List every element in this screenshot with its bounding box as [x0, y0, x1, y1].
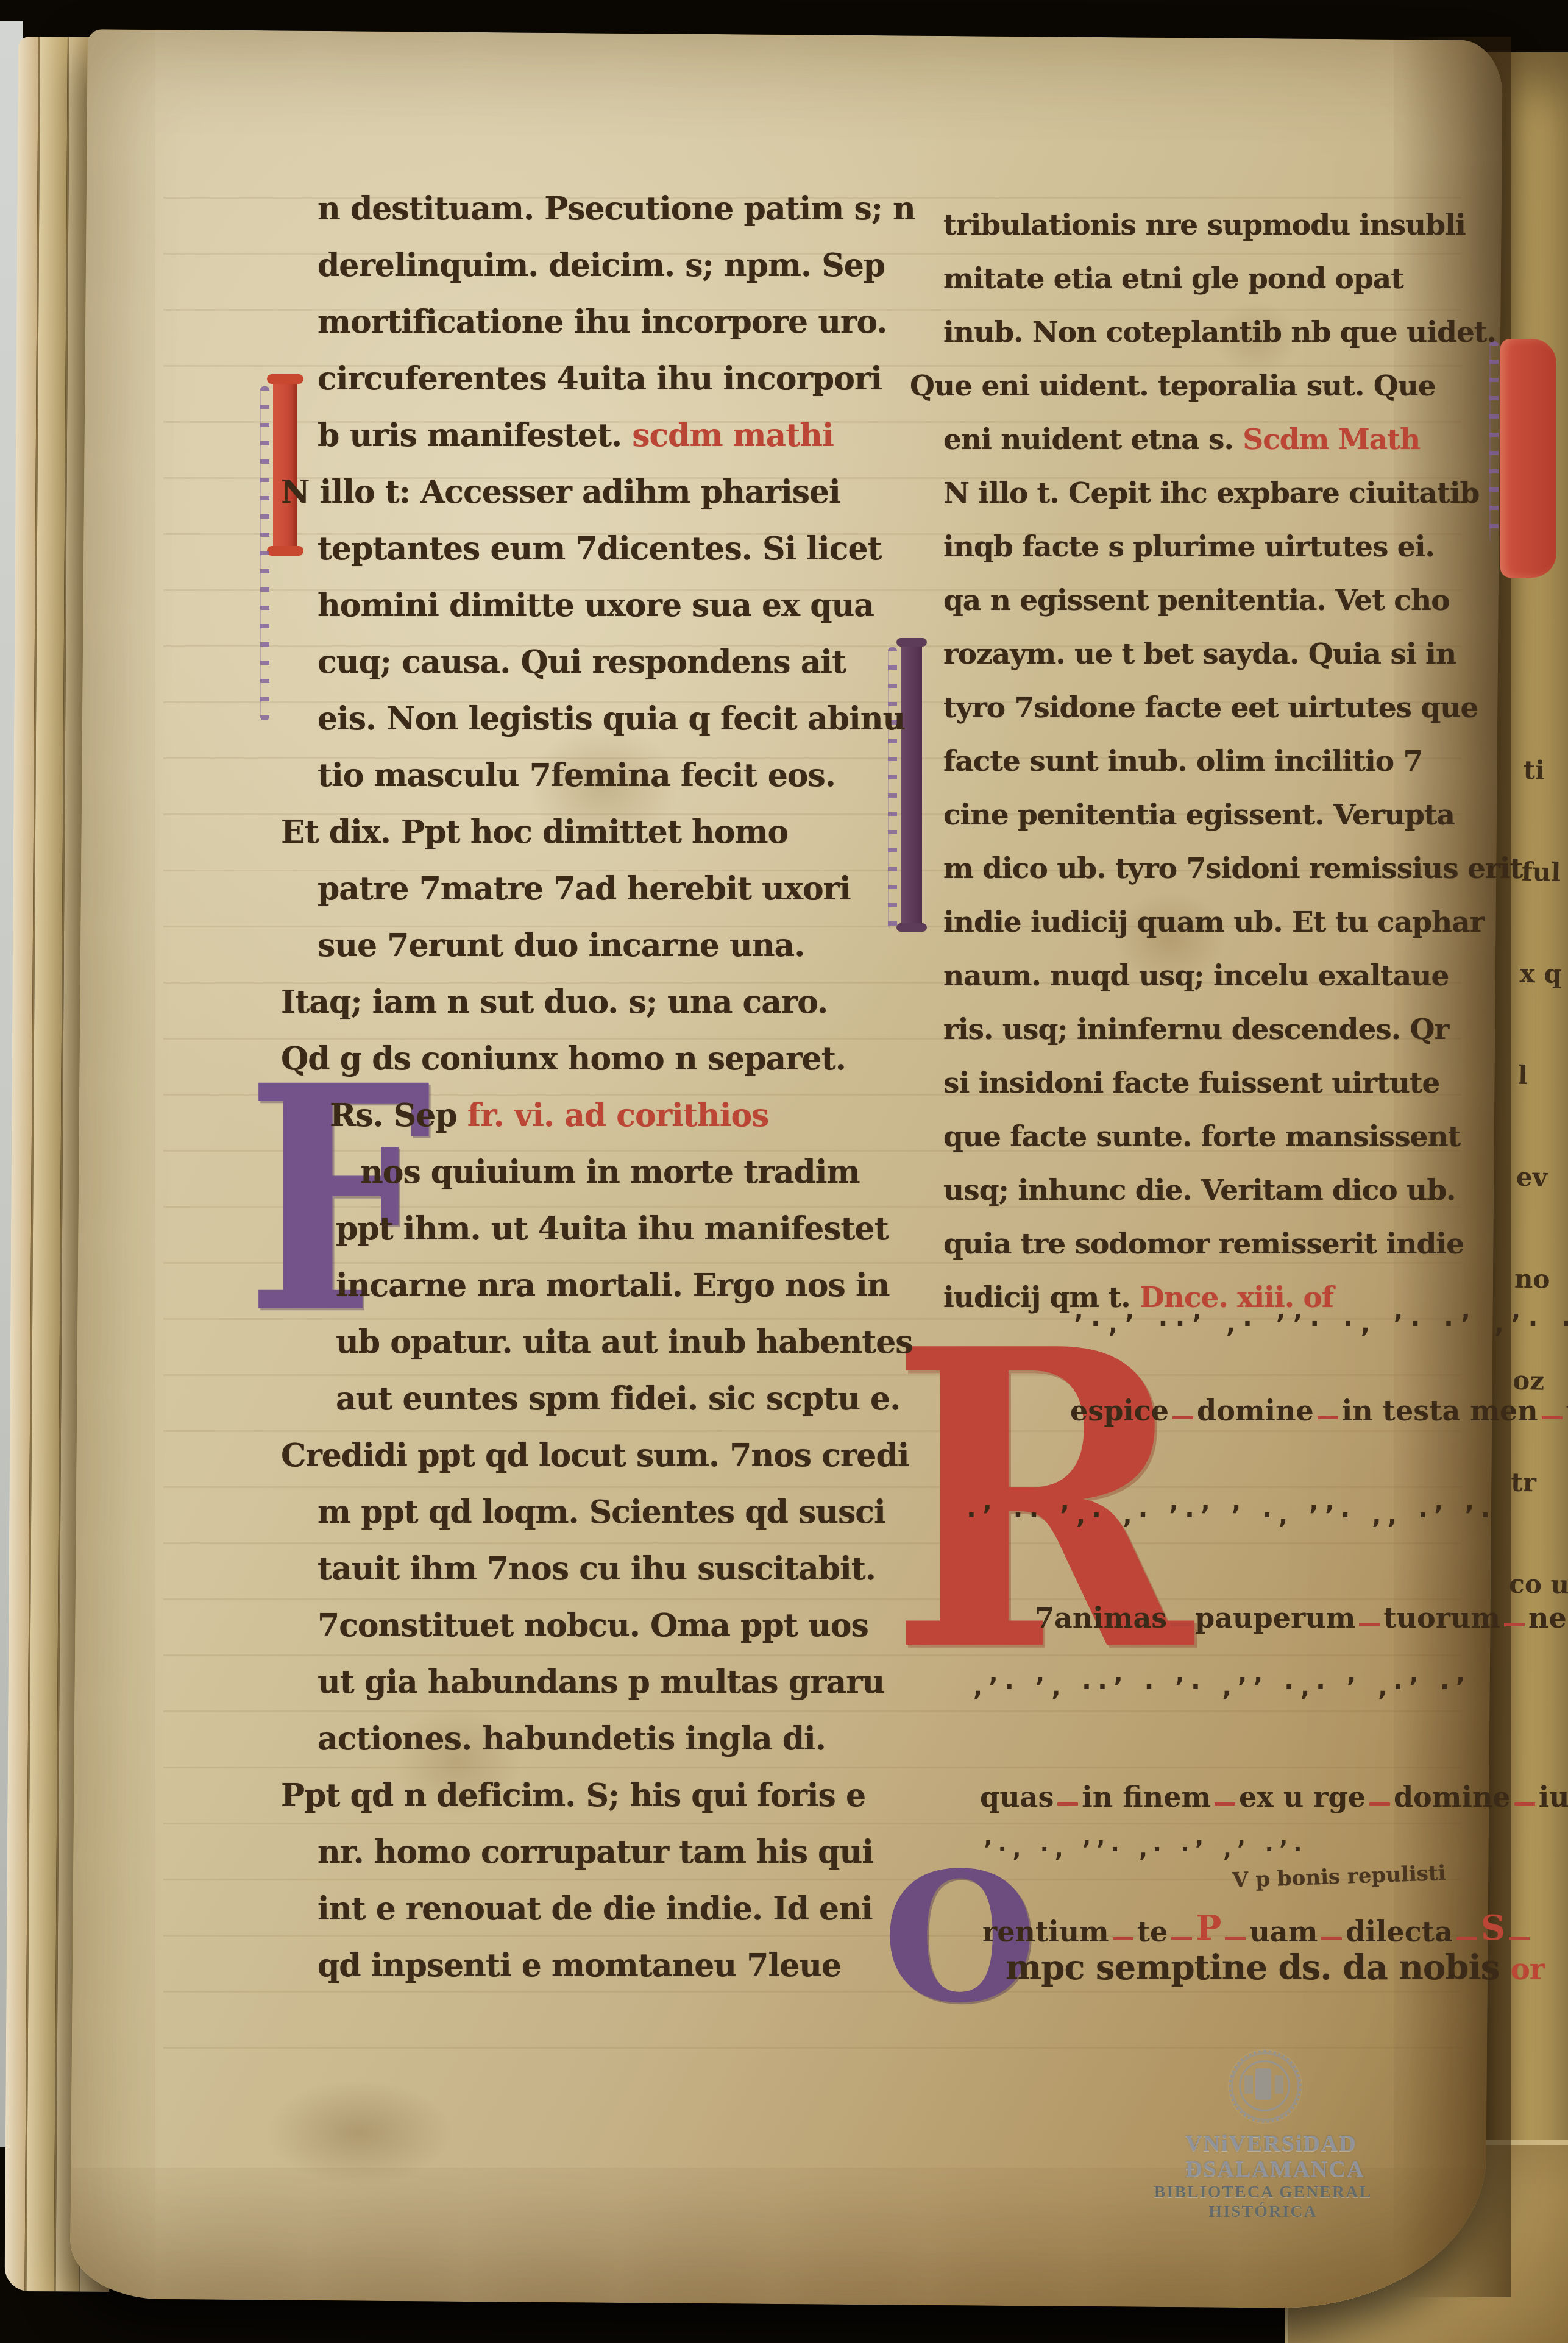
- body-text: N illo t: Accesser adihm pharisei: [281, 473, 840, 511]
- university-seal-icon: [1229, 2050, 1302, 2123]
- manuscript-text-line: n destituam. Psecutione patim s; n: [277, 180, 896, 237]
- manuscript-text-line: eni nuident etna s. Scdm Math: [909, 413, 1513, 467]
- chant-word: ex u rge: [1239, 1782, 1366, 1813]
- chant-word: domine: [1394, 1782, 1511, 1813]
- body-text: ub opatur. uita aut inub habentes: [336, 1324, 913, 1361]
- body-text: m ppt qd loqm. Scientes qd susci: [318, 1494, 885, 1531]
- left-text-column: n destituam. Psecutione patim s; ndereli…: [277, 180, 896, 1994]
- manuscript-text-line: cuq; causa. Qui respondens ait: [277, 634, 896, 690]
- body-text: cine penitentia egissent. Verupta: [943, 798, 1455, 832]
- chant-connector-line: [1456, 1937, 1477, 1940]
- body-text: tyro 7sidone facte eet uirtutes que: [943, 691, 1478, 725]
- body-text: b uris manifestet.: [318, 417, 632, 454]
- manuscript-text-line: Ppt qd n deficim. S; his qui foris e: [241, 1767, 896, 1824]
- body-text: eis. Non legistis quia q fecit abinu: [318, 700, 905, 737]
- body-text: tio masculu 7femina fecit eos.: [318, 757, 835, 794]
- manuscript-text-line: homini dimitte uxore sua ex qua: [277, 577, 896, 634]
- body-text: facte sunt inub. olim incilitio 7: [943, 745, 1422, 778]
- manuscript-text-line: actiones. habundetis ingla di.: [277, 1710, 896, 1767]
- body-text: derelinquim. deicim. s; npm. Sep: [318, 247, 885, 284]
- body-text: mortificatione ihu incorpore uro.: [318, 303, 887, 341]
- chant-connector-line: [1113, 1937, 1133, 1940]
- manuscript-text-line: facte sunt inub. olim incilitio 7: [909, 735, 1513, 789]
- body-text: que facte sunte. forte mansissent: [943, 1120, 1460, 1154]
- chant-word: domine: [1197, 1395, 1314, 1427]
- body-text: nos quiuium in morte tradim: [360, 1154, 860, 1191]
- body-text: Qd g ds coniunx homo n separet.: [281, 1040, 846, 1077]
- neume-row: ’·‚’ ··’ ‚· ’’· ·‚ ’· ·’ ‚’· ··’: [1074, 1309, 1500, 1339]
- chant-connector-line: [1171, 1937, 1192, 1940]
- manuscript-text-line: tio masculu 7femina fecit eos.: [277, 747, 896, 804]
- body-text: circuferentes 4uita ihu incorpori: [318, 360, 882, 397]
- manuscript-text-line: m dico ub. tyro 7sidoni remissius erit: [909, 842, 1513, 896]
- watermark-library-name: BIBLIOTECA GENERAL HISTÓRICA: [1115, 2183, 1411, 2222]
- body-text: Et dix. Ppt hoc dimittet homo: [281, 813, 788, 851]
- body-text: Ppt qd n deficim. S; his qui foris e: [281, 1777, 865, 1814]
- body-text: sue 7erunt duo incarne una.: [318, 927, 804, 964]
- chant-word: te: [1137, 1916, 1168, 1948]
- manuscript-text-line: tyro 7sidone facte eet uirtutes que: [909, 681, 1513, 735]
- manuscript-text-line: circuferentes 4uita ihu incorpori: [277, 350, 896, 407]
- watermark-university-name: ÐSALAMANCA: [1185, 2156, 1341, 2183]
- manuscript-text-line: teptantes eum 7dicentes. Si licet: [277, 520, 896, 577]
- chant-word: 7animas: [1035, 1603, 1167, 1634]
- manuscript-text-line: inqb facte s plurime uirtutes ei.: [909, 520, 1513, 574]
- body-text: patre 7matre 7ad herebit uxori: [318, 870, 851, 907]
- body-text: indie iudicij quam ub. Et tu caphar: [943, 906, 1484, 939]
- chant-rubric-letter: P: [1196, 1910, 1221, 1948]
- manuscript-text-line: naum. nuqd usq; incelu exaltaue: [909, 949, 1513, 1003]
- chant-word: in testa men: [1342, 1395, 1538, 1427]
- body-text: inub. Non coteplantib nb que uidet.: [943, 316, 1496, 349]
- body-text: rozaym. ue t bet sayda. Quia si in: [943, 637, 1456, 671]
- chant-text-line: espicedominein testa menturatuum: [1070, 1395, 1492, 1427]
- body-text: quia tre sodomor remisserit indie: [943, 1227, 1464, 1261]
- text-fragment: co ub.: [1509, 1569, 1568, 1600]
- manuscript-text-line: b uris manifestet. scdm mathi: [277, 407, 896, 464]
- watermark-university-name: VNiVERSiDAD: [1185, 2130, 1341, 2157]
- rubric-text: or: [1511, 1952, 1544, 1987]
- manuscript-text-line: tribulationis nre supmodu insubli: [909, 199, 1513, 252]
- manuscript-text-line: nos quiuium in morte tradim: [320, 1144, 896, 1200]
- seal-ornament: [1275, 2075, 1283, 2094]
- manuscript-text-line: Credidi ppt qd locut sum. 7nos credi: [241, 1427, 896, 1484]
- chant-word: dilecta: [1346, 1916, 1452, 1948]
- text-fragment: tr: [1511, 1467, 1568, 1498]
- manuscript-text-line: mitate etia etni gle pond opat: [909, 252, 1513, 306]
- body-text: Credidi ppt qd locut sum. 7nos credi: [281, 1437, 909, 1474]
- seal-ornament: [1244, 2075, 1253, 2094]
- body-text: mpc semptine ds. da nobis: [1006, 1948, 1511, 1988]
- chant-connector-line: [1504, 1623, 1525, 1626]
- manuscript-text-line: Rs. Sep fr. vi. ad corithios: [289, 1087, 896, 1144]
- text-fragment: ti: [1523, 755, 1568, 786]
- manuscript-text-line: Que eni uident. teporalia sut. Que: [876, 360, 1513, 413]
- body-text: naum. nuqd usq; incelu exaltaue: [943, 959, 1449, 993]
- chant-word: pauperum: [1195, 1603, 1355, 1634]
- body-text: n destituam. Psecutione patim s; n: [318, 190, 915, 227]
- body-text: ut gia habundans p multas graru: [318, 1664, 884, 1701]
- body-text: usq; inhunc die. Veritam dico ub.: [943, 1174, 1455, 1207]
- manuscript-text-line: Et dix. Ppt hoc dimittet homo: [241, 804, 896, 860]
- body-text: qa n egissent penitentia. Vet cho: [943, 584, 1450, 617]
- manuscript-text-line: 7constituet nobcu. Oma ppt uos: [277, 1597, 896, 1654]
- pen-flourish: [260, 386, 269, 720]
- manuscript-text-line: usq; inhunc die. Veritam dico ub.: [909, 1164, 1513, 1218]
- manuscript-text-line: int e renouat de die indie. Id eni: [277, 1880, 896, 1937]
- manuscript-text-line: sue 7erunt duo incarne una.: [277, 917, 896, 974]
- body-text: ris. usq; ininfernu descendes. Qr: [943, 1013, 1449, 1046]
- chant-word: ne derelin: [1528, 1603, 1568, 1634]
- manuscript-text-line: incarne nra mortali. Ergo nos in: [296, 1257, 896, 1314]
- body-text: Que eni uident. teporalia sut. Que: [910, 369, 1436, 403]
- chant-word: in finem: [1082, 1782, 1211, 1813]
- rubric-text: fr. vi. ad corithios: [467, 1097, 769, 1134]
- text-fragment: ful: [1521, 857, 1568, 888]
- chant-word: espice: [1070, 1395, 1169, 1427]
- body-text: teptantes eum 7dicentes. Si licet: [318, 530, 882, 567]
- manuscript-text-line: patre 7matre 7ad herebit uxori: [277, 860, 896, 917]
- manuscript-text-line: quia tre sodomor remisserit indie: [909, 1218, 1513, 1271]
- neume-row: ·’ ·· ’‚· ‚· ’·’ ’ ·‚ ’’· ‚‚ ·’ ’·: [967, 1500, 1509, 1530]
- body-text: qd inpsenti e momtaneu 7leue: [318, 1947, 841, 1984]
- text-fragment: ev: [1516, 1162, 1568, 1193]
- chant-connector-line: [1225, 1937, 1246, 1940]
- body-text: nr. homo corrupatur tam his qui: [318, 1834, 873, 1871]
- manuscript-text-line: que facte sunte. forte mansissent: [909, 1110, 1513, 1164]
- manuscript-text-line: m ppt qd loqm. Scientes qd susci: [277, 1484, 896, 1540]
- rubric-text: scdm mathi: [632, 417, 834, 454]
- body-text: 7constituet nobcu. Oma ppt uos: [318, 1607, 868, 1644]
- body-text: incarne nra mortali. Ergo nos in: [336, 1267, 889, 1304]
- chant-connector-line: [1318, 1416, 1338, 1419]
- manuscript-text-line: inub. Non coteplantib nb que uidet.: [909, 306, 1513, 360]
- collect-text-line: mpc semptine ds. da nobis or: [1006, 1948, 1544, 1988]
- body-text: Rs. Sep: [330, 1097, 467, 1134]
- manuscript-text-line: N illo t: Accesser adihm pharisei: [241, 464, 896, 520]
- chant-word: rentium: [982, 1916, 1109, 1948]
- manuscript-text-line: indie iudicij quam ub. Et tu caphar: [909, 896, 1513, 949]
- body-text: aut euntes spm fidei. sic scptu e.: [336, 1380, 900, 1417]
- body-text: inqb facte s plurime uirtutes ei.: [943, 530, 1435, 564]
- neume-row: ’·‚ ·‚ ’’· ‚· ·’ ‚’ ·’·: [984, 1835, 1447, 1862]
- body-text: eni nuident etna s.: [943, 423, 1243, 456]
- manuscript-text-line: ris. usq; ininfernu descendes. Qr: [909, 1003, 1513, 1057]
- body-text: tribulationis nre supmodu insubli: [943, 208, 1466, 242]
- manuscript-text-line: Itaq; iam n sut duo. s; una caro.: [241, 974, 896, 1030]
- chant-connector-line: [1359, 1623, 1380, 1626]
- manuscript-text-line: si insidoni facte fuissent uirtute: [909, 1057, 1513, 1110]
- chant-text-line: 7animaspauperumtuorumne derelin: [1035, 1603, 1499, 1634]
- chant-connector-line: [1321, 1937, 1342, 1940]
- manuscript-text-line: mortificatione ihu incorpore uro.: [277, 294, 896, 350]
- manuscript-text-line: cine penitentia egissent. Verupta: [909, 789, 1513, 842]
- chant-connector-line: [1057, 1802, 1078, 1806]
- chant-connector-line: [1215, 1802, 1235, 1806]
- manuscript-text-line: eis. Non legistis quia q fecit abinu: [277, 690, 896, 747]
- manuscript-text-line: aut euntes spm fidei. sic scptu e.: [296, 1370, 896, 1427]
- text-fragment: oz: [1513, 1366, 1568, 1397]
- rubric-text: Scdm Math: [1243, 423, 1420, 456]
- neume-row: ‚’· ’‚ ··’ · ’· ‚’’ ·‚· ’ ‚·’ ·’: [973, 1672, 1509, 1702]
- body-text: mitate etia etni gle pond opat: [943, 262, 1403, 296]
- manuscript-text-line: N illo t. Cepit ihc expbare ciuitatib: [909, 467, 1513, 520]
- chant-text-line: quasin finemex u rgedomineiudica: [980, 1782, 1481, 1813]
- manuscript-text-line: ub opatur. uita aut inub habentes: [296, 1314, 896, 1370]
- manuscript-text-line: tauit ihm 7nos cu ihu suscitabit.: [277, 1540, 896, 1597]
- chant-connector-line: [1514, 1802, 1535, 1806]
- chant-connector-line: [1509, 1937, 1530, 1940]
- manuscript-text-line: qd inpsenti e momtaneu 7leue: [277, 1937, 896, 1994]
- manuscript-text-line: ut gia habundans p multas graru: [277, 1654, 896, 1710]
- chant-word: quas: [980, 1782, 1054, 1813]
- seal-ornament: [1255, 2068, 1271, 2100]
- chant-connector-line: [1172, 1416, 1193, 1419]
- manuscript-text-line: ppt ihm. ut 4uita ihu manifestet: [296, 1200, 896, 1257]
- chant-connector-line: [1171, 1623, 1191, 1626]
- body-text: int e renouat de die indie. Id eni: [318, 1890, 873, 1927]
- body-text: cuq; causa. Qui respondens ait: [318, 643, 846, 681]
- body-text: tauit ihm 7nos cu ihu suscitabit.: [318, 1550, 876, 1587]
- chant-connector-line: [1369, 1802, 1390, 1806]
- manuscript-text-line: derelinquim. deicim. s; npm. Sep: [277, 237, 896, 294]
- manuscript-photo: F R O n destituam. Psecutione patim s; n…: [0, 0, 1568, 2343]
- chant-word: tuorum: [1383, 1603, 1500, 1634]
- text-fragment: no: [1514, 1264, 1568, 1295]
- chant-text-line: rentiumtePuamdilectaS: [982, 1910, 1409, 1948]
- body-text: homini dimitte uxore sua ex qua: [318, 587, 874, 624]
- text-fragment: x q: [1519, 959, 1568, 990]
- body-text: N illo t. Cepit ihc expbare ciuitatib: [943, 477, 1479, 510]
- chant-word: iudica: [1539, 1782, 1568, 1813]
- body-text: Itaq; iam n sut duo. s; una caro.: [281, 984, 828, 1021]
- manuscript-text-line: Qd g ds coniunx homo n separet.: [241, 1030, 896, 1087]
- right-text-column: tribulationis nre supmodu insublimitate …: [909, 199, 1513, 1325]
- chant-word: uam: [1249, 1916, 1318, 1948]
- manuscript-text-line: qa n egissent penitentia. Vet cho: [909, 574, 1513, 628]
- chant-rubric-letter: S: [1481, 1910, 1505, 1948]
- manuscript-text-line: rozaym. ue t bet sayda. Quia si in: [909, 628, 1513, 681]
- body-text: si insidoni facte fuissent uirtute: [943, 1066, 1439, 1100]
- text-fragment: l: [1517, 1060, 1568, 1091]
- body-text: m dico ub. tyro 7sidoni remissius erit: [943, 852, 1522, 885]
- body-text: actiones. habundetis ingla di.: [318, 1720, 826, 1757]
- manuscript-text-line: nr. homo corrupatur tam his qui: [277, 1824, 896, 1880]
- body-text: ppt ihm. ut 4uita ihu manifestet: [336, 1210, 889, 1247]
